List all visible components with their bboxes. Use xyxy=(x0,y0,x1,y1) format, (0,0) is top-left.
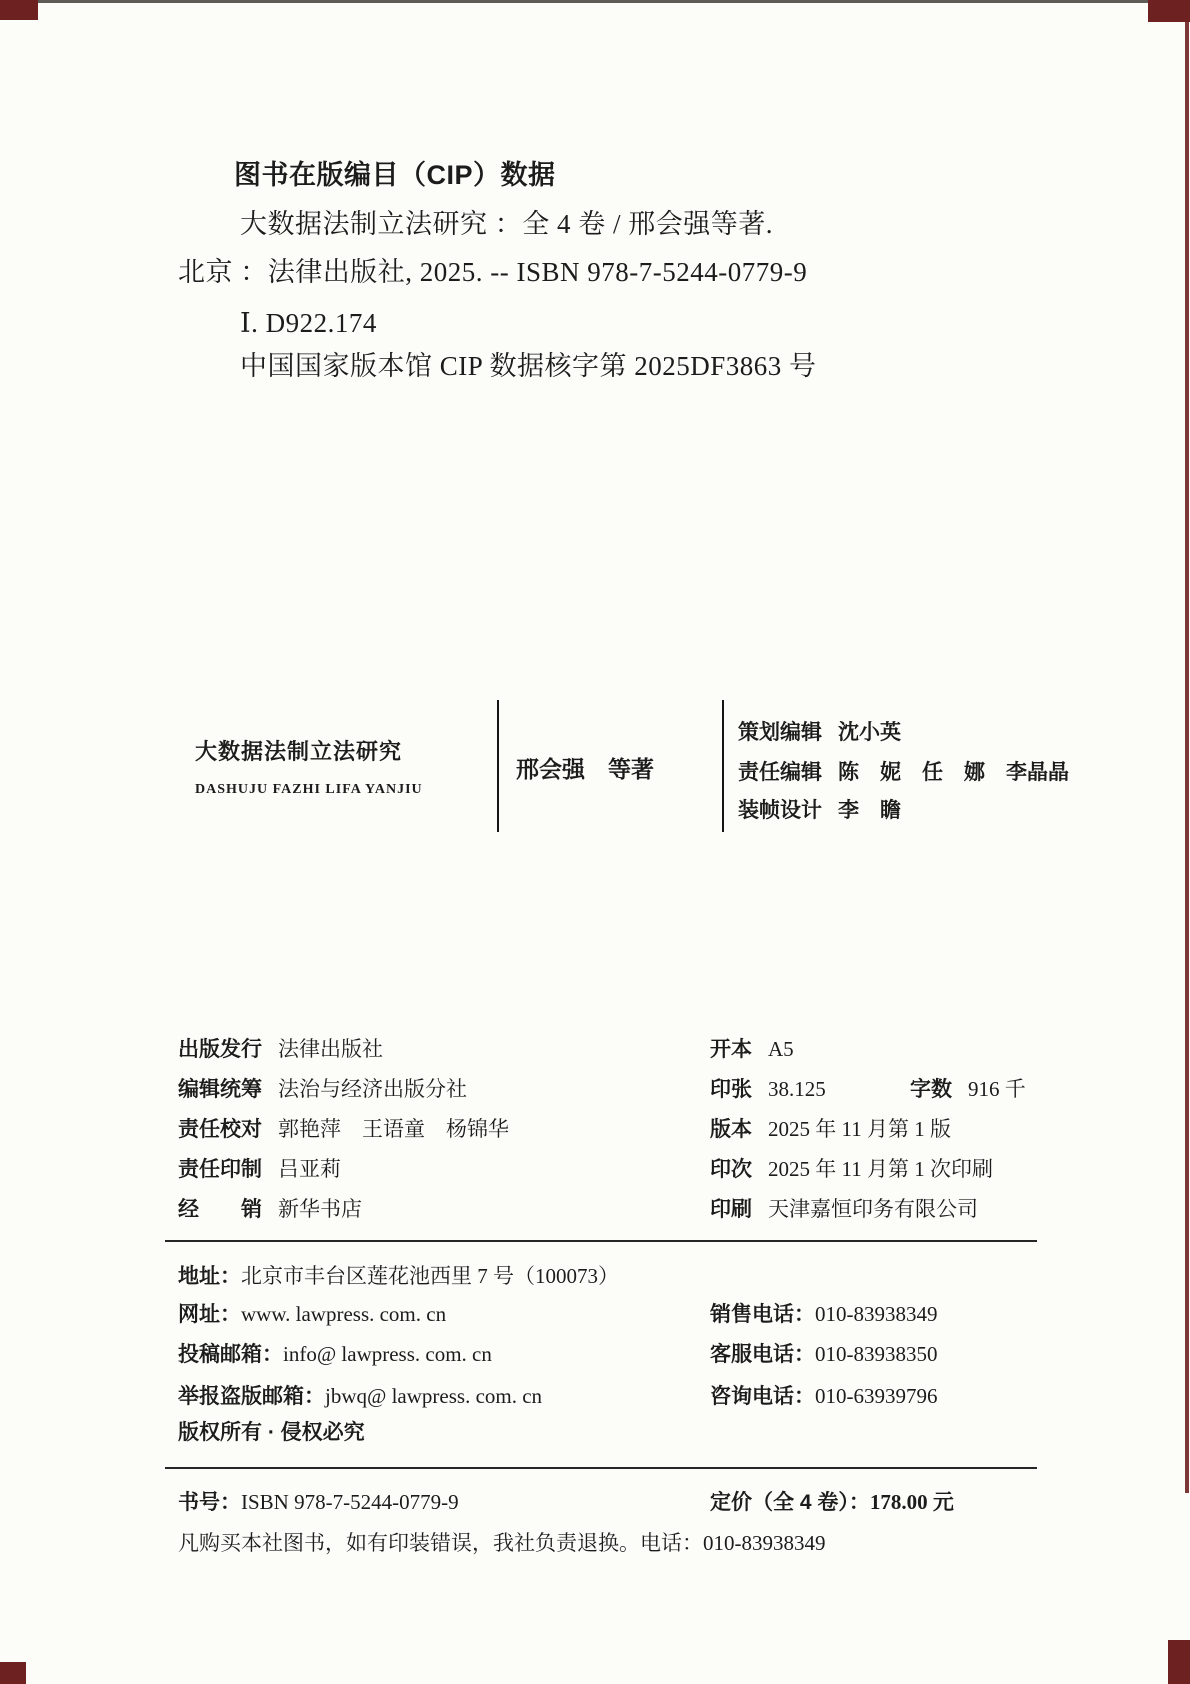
address-row: 地址：北京市丰台区莲花池西里 7 号（100073） xyxy=(178,1263,619,1290)
sheets-wordcount-row: 印张38.125 字数916 千 xyxy=(710,1076,826,1103)
format-value: A5 xyxy=(768,1037,794,1061)
service-phone-label: 客服电话： xyxy=(710,1343,815,1366)
design-editor-name: 李 瞻 xyxy=(838,799,901,822)
inquiry-phone-value: 010-63939796 xyxy=(815,1384,938,1408)
divider-rule-upper xyxy=(165,1240,1037,1242)
editorial-coordination-label: 编辑统筹 xyxy=(178,1078,262,1101)
copyright-notice: 版权所有 · 侵权必究 xyxy=(178,1419,365,1446)
scan-mark-top-left xyxy=(0,0,38,20)
printer-label: 印刷 xyxy=(710,1198,752,1221)
cip-publisher-isbn-line: 北京 ：法律出版社, 2025. -- ISBN 978-7-5244-0779… xyxy=(178,255,807,290)
inquiry-phone-row: 咨询电话：010-63939796 xyxy=(710,1383,938,1410)
proofreaders-row: 责任校对郭艳萍 王语童 杨锦华 xyxy=(178,1116,509,1143)
price-row: 定价（全 4 卷）：178.00 元 xyxy=(710,1489,954,1516)
responsible-editor-names: 陈 妮 任 娜 李晶晶 xyxy=(838,761,1069,784)
submission-email-label: 投稿邮箱： xyxy=(178,1343,283,1366)
publisher-label: 出版发行 xyxy=(178,1038,262,1061)
scan-edge-top xyxy=(0,0,1190,3)
cip-title-line: 大数据法制立法研究 ：全 4 卷 / 邢会强等著. xyxy=(240,207,773,242)
divider-rule-lower xyxy=(165,1467,1037,1469)
design-editor-label: 装帧设计 xyxy=(738,799,822,822)
format-row: 开本A5 xyxy=(710,1036,794,1063)
planning-editor-name: 沈小英 xyxy=(838,721,901,744)
website-label: 网址： xyxy=(178,1303,241,1326)
editor-row: 责任编辑陈 妮 任 娜 李晶晶 xyxy=(738,759,1069,786)
sales-phone-row: 销售电话：010-83938349 xyxy=(710,1301,938,1328)
printing-run-value: 2025 年 11 月第 1 次印刷 xyxy=(768,1157,993,1181)
service-phone-row: 客服电话：010-83938350 xyxy=(710,1341,938,1368)
piracy-report-email-value: jbwq@ lawpress. com. cn xyxy=(325,1384,542,1408)
title-block-divider-left xyxy=(497,700,499,832)
scan-mark-right-edge xyxy=(1185,18,1189,1493)
isbn-row: 书号：ISBN 978-7-5244-0779-9 xyxy=(178,1489,459,1516)
proofreaders-value: 郭艳萍 王语童 杨锦华 xyxy=(278,1117,509,1141)
distributor-row: 经 销新华书店 xyxy=(178,1196,362,1223)
sales-phone-label: 销售电话： xyxy=(710,1303,815,1326)
address-label: 地址： xyxy=(178,1265,241,1288)
distributor-label: 经 销 xyxy=(178,1198,262,1221)
edition-value: 2025 年 11 月第 1 版 xyxy=(768,1117,951,1141)
book-copyright-page: 图书在版编目（CIP）数据 大数据法制立法研究 ：全 4 卷 / 邢会强等著. … xyxy=(0,0,1190,1684)
printed-sheets-value: 38.125 xyxy=(768,1077,826,1101)
edition-row: 版本2025 年 11 月第 1 版 xyxy=(710,1116,951,1143)
printer-value: 天津嘉恒印务有限公司 xyxy=(768,1197,978,1221)
print-supervisor-label: 责任印制 xyxy=(178,1158,262,1181)
isbn-value: ISBN 978-7-5244-0779-9 xyxy=(241,1490,459,1514)
author-name: 邢会强 等著 xyxy=(516,755,654,785)
price-label: 定价（全 4 卷）： xyxy=(710,1491,870,1514)
cip-record-number-line: 中国国家版本馆 CIP 数据核字第 2025DF3863 号 xyxy=(240,349,817,384)
submission-email-row: 投稿邮箱：info@ lawpress. com. cn xyxy=(178,1341,492,1368)
printer-row: 印刷天津嘉恒印务有限公司 xyxy=(710,1196,978,1223)
inquiry-phone-label: 咨询电话： xyxy=(710,1385,815,1408)
cip-classification-line: Ⅰ. D922.174 xyxy=(240,306,377,341)
word-count-value: 916 千 xyxy=(968,1077,1026,1101)
piracy-report-email-row: 举报盗版邮箱：jbwq@ lawpress. com. cn xyxy=(178,1383,542,1410)
scan-mark-top-right xyxy=(1148,0,1190,22)
editor-row: 装帧设计李 瞻 xyxy=(738,797,901,824)
editorial-coordination-row: 编辑统筹法治与经济出版分社 xyxy=(178,1076,467,1103)
edition-label: 版本 xyxy=(710,1118,752,1141)
book-title-pinyin: DASHUJU FAZHI LIFA YANJIU xyxy=(195,781,423,799)
price-value: 178.00 元 xyxy=(870,1490,954,1514)
printing-run-label: 印次 xyxy=(710,1158,752,1181)
piracy-report-email-label: 举报盗版邮箱： xyxy=(178,1385,325,1408)
website-value: www. lawpress. com. cn xyxy=(241,1302,446,1326)
submission-email-value: info@ lawpress. com. cn xyxy=(283,1342,492,1366)
editor-row: 策划编辑沈小英 xyxy=(738,719,901,746)
cip-heading: 图书在版编目（CIP）数据 xyxy=(234,158,556,193)
scan-mark-bottom-left xyxy=(0,1662,26,1684)
responsible-editor-label: 责任编辑 xyxy=(738,761,822,784)
word-count-label: 字数 xyxy=(910,1078,952,1101)
print-supervisor-value: 吕亚莉 xyxy=(278,1157,341,1181)
title-block-divider-right xyxy=(722,700,724,832)
printed-sheets-label: 印张 xyxy=(710,1078,752,1101)
book-title-cn: 大数据法制立法研究 xyxy=(195,738,402,767)
printing-run-row: 印次2025 年 11 月第 1 次印刷 xyxy=(710,1156,993,1183)
planning-editor-label: 策划编辑 xyxy=(738,721,822,744)
publisher-row: 出版发行法律出版社 xyxy=(178,1036,383,1063)
editorial-coordination-value: 法治与经济出版分社 xyxy=(278,1077,467,1101)
address-value: 北京市丰台区莲花池西里 7 号（100073） xyxy=(241,1264,619,1288)
format-label: 开本 xyxy=(710,1038,752,1061)
print-supervisor-row: 责任印制吕亚莉 xyxy=(178,1156,341,1183)
website-row: 网址：www. lawpress. com. cn xyxy=(178,1301,446,1328)
isbn-label: 书号： xyxy=(178,1491,241,1514)
proofreaders-label: 责任校对 xyxy=(178,1118,262,1141)
distributor-value: 新华书店 xyxy=(278,1197,362,1221)
scan-mark-bottom-right xyxy=(1168,1640,1190,1684)
service-phone-value: 010-83938350 xyxy=(815,1342,938,1366)
return-policy-note: 凡购买本社图书，如有印装错误，我社负责退换。电话：010-83938349 xyxy=(178,1530,826,1557)
sales-phone-value: 010-83938349 xyxy=(815,1302,938,1326)
publisher-value: 法律出版社 xyxy=(278,1037,383,1061)
